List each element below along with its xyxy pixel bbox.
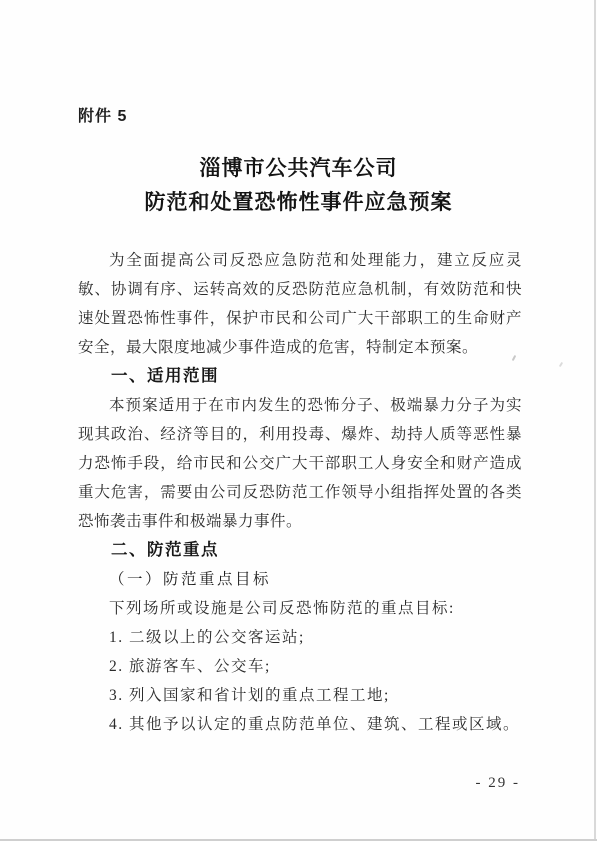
page-number: - 29 - [476, 775, 521, 792]
list-item-1: 1. 二级以上的公交客运站; [78, 623, 522, 652]
section-2-subheading: （一）防范重点目标 [78, 565, 522, 594]
section-1-paragraph: 本预案适用于在市内发生的恐怖分子、极端暴力分子为实现其政治、经济等目的，利用投毒… [78, 391, 522, 536]
list-item-3: 3. 列入国家和省计划的重点工程工地; [78, 681, 522, 710]
scan-edge-right [594, 0, 596, 841]
attachment-label: 附件 5 [78, 103, 127, 126]
list-item-2: 2. 旅游客车、公交车; [78, 652, 522, 681]
document-title-line-2: 防范和处置恐怖性事件应急预案 [0, 185, 597, 219]
scan-artifact [559, 362, 563, 367]
list-item-4: 4. 其他予以认定的重点防范单位、建筑、工程或区域。 [78, 710, 522, 739]
section-1-heading: 一、适用范围 [78, 362, 522, 391]
document-body: 为全面提高公司反恐应急防范和处理能力，建立反应灵敏、协调有序、运转高效的反恐防范… [78, 246, 522, 739]
document-title-line-1: 淄博市公共汽车公司 [0, 151, 597, 185]
intro-paragraph: 为全面提高公司反恐应急防范和处理能力，建立反应灵敏、协调有序、运转高效的反恐防范… [78, 246, 522, 362]
document-title: 淄博市公共汽车公司 防范和处置恐怖性事件应急预案 [0, 151, 597, 219]
scanned-document-page: 附件 5 淄博市公共汽车公司 防范和处置恐怖性事件应急预案 为全面提高公司反恐应… [0, 0, 597, 841]
section-2-heading: 二、防范重点 [78, 536, 522, 565]
list-leadin: 下列场所或设施是公司反恐怖防范的重点目标: [78, 594, 522, 623]
